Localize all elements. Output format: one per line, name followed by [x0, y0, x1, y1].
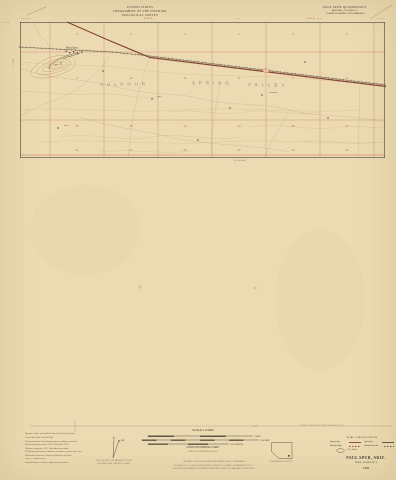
section-number: 15 [130, 126, 133, 129]
section-number: 17 [346, 126, 349, 129]
magnetic-north-label: MN [121, 440, 125, 442]
section-number: 24 [238, 150, 241, 153]
credit-line: 10,000-foot grid based on Arizona coordi… [25, 451, 111, 454]
true-north-star: ★ [113, 436, 116, 440]
road-sample-light [382, 442, 394, 443]
trail-lines [20, 23, 385, 158]
map-neatline [20, 22, 384, 157]
scale-label: SCALE 1:24000 [192, 429, 214, 432]
quad-state: ARIZONA—COCHISE CO. [332, 10, 358, 12]
credit-line: Topography from aerial photographs by mu… [25, 441, 111, 444]
section-number: 7 [292, 78, 293, 81]
section-number: 6 [292, 34, 293, 37]
section-number: 2 [184, 34, 185, 37]
quad-series: 7.5 MINUTE SERIES (TOPOGRAPHIC) [326, 13, 365, 15]
credit-line: 1000-metre Universal Transverse Mercator… [25, 455, 111, 458]
sale-line: FOR SALE BY U. S. GEOLOGICAL SURVEY, DEN… [174, 465, 255, 467]
quarry-mark [60, 62, 61, 63]
section-number: 12 [238, 78, 241, 81]
valley-word-valley: VALLEY [248, 82, 288, 88]
us-route-oval [336, 448, 345, 453]
paper-stain [275, 230, 365, 370]
us-route-label: U. S. Route [347, 449, 357, 451]
scale-bar-mile-label: 1 MILE [254, 436, 261, 438]
sheet-title: PAUL SPUR, ARIZ. [346, 456, 385, 460]
corner-coordinate-top-left: 109°37'30" [21, 18, 31, 20]
section-number: 5 [346, 34, 347, 37]
map-linework: 80 Paul Spur Well Windmill Well SULPHUR … [20, 22, 385, 158]
section-number: 11 [184, 78, 187, 81]
well-label: Well [64, 125, 69, 127]
grid-tick-label: 32'30" [317, 18, 323, 20]
contour-line [40, 141, 385, 143]
credit-line: Aerial photographs taken 1955. Field che… [25, 444, 111, 447]
grid-tick-label: 572 [236, 18, 239, 20]
road-sample-unimproved [384, 446, 394, 447]
section-number: 14 [184, 126, 187, 129]
section-number: 8 [346, 78, 347, 81]
road-class-medium-label: Medium-duty [330, 445, 342, 447]
declination-caption-1: UTM GRID AND 1958 MAGNETIC NORTH [96, 460, 132, 462]
road-class-light-label: Light-duty [364, 441, 373, 443]
route-shield: 80 [263, 68, 269, 72]
corner-pen-mark [27, 7, 46, 15]
datum-line: DATUM IS MEAN SEA LEVEL [188, 451, 218, 453]
corner-coordinate-top-right: 109°30' [377, 18, 384, 20]
settlement-label: Paul Spur [66, 46, 78, 50]
section-number: 4 [76, 34, 77, 37]
valley-word-spring: SPRING [192, 81, 233, 86]
quad-location-dot [288, 455, 290, 457]
grid-tick-label: 571 [62, 18, 65, 20]
bleed-smudge [254, 287, 257, 290]
wash-lines [20, 92, 385, 153]
section-number: 20 [346, 150, 349, 153]
grid-tick-label: 35' [151, 18, 154, 20]
valley-label: SULPHUR SPRING VALLEY [100, 81, 288, 88]
well-label: Well [157, 96, 162, 98]
scale-bar-km-label: 1 KILOMETER [230, 444, 244, 446]
bleed-smudge [138, 285, 142, 289]
topo-map-sheet: UNITED STATES DEPARTMENT OF THE INTERIOR… [0, 0, 396, 480]
paper-stain [30, 185, 140, 275]
road-classification-heading: ROAD CLASSIFICATION [347, 437, 377, 439]
credit-line: Control by USGS and USC&GS [25, 437, 111, 440]
section-number: 19 [292, 150, 295, 153]
section-number: 13 [238, 126, 241, 129]
section-number: 3 [130, 34, 131, 37]
township-label-t23s: T. 23 S. [13, 58, 15, 65]
section-number: 18 [292, 126, 295, 129]
highway-line [67, 22, 386, 87]
quad-title: PAUL SPUR QUADRANGLE [323, 6, 366, 9]
township-label-r27e: R. 27 E. [307, 18, 315, 20]
corner-coordinate-left: 31°22'30" [2, 22, 11, 24]
contour-line [20, 109, 360, 111]
contour-interval-line: CONTOUR INTERVAL 5 FEET [187, 447, 220, 450]
credit-line: Mapped, edited, and published by the Geo… [25, 433, 111, 436]
accuracy-line-1: THIS MAP COMPLIES WITH NATIONAL MAP ACCU… [183, 461, 245, 463]
windmill-label: Windmill [269, 92, 278, 94]
sheet-coordinates: N3115—W10937.5/7.5 [355, 462, 377, 464]
road-sample-medium [349, 446, 361, 447]
section-number: 22 [130, 150, 133, 153]
declination-caption-2: DECLINATION AT CENTER OF SHEET [97, 463, 131, 465]
section-number: 1 [238, 34, 239, 37]
adjoining-quad-label: (DOUGLAS) [234, 160, 246, 162]
valley-word-sulphur: SULPHUR [100, 81, 149, 87]
section-number: 23 [184, 150, 187, 153]
sheet-year: 1958 [363, 467, 369, 470]
interior-credit: INTERIOR—GEOLOGICAL SURVEY, WASHINGTON, … [299, 426, 344, 428]
road-class-unimproved-label: Unimproved dirt [364, 445, 378, 447]
section-number: 21 [76, 150, 79, 153]
road-class-heavy-label: Heavy-duty [330, 441, 340, 443]
state-outline-arizona [269, 441, 295, 461]
section-number: 10 [130, 78, 133, 81]
hill-contours [30, 55, 75, 78]
quarry-mark [55, 64, 56, 65]
road-sample-heavy [349, 442, 361, 443]
credit-line: Polyconic projection. 1927 North America… [25, 448, 111, 451]
quadrangle-location-caption: QUADRANGLE LOCATION [269, 461, 292, 463]
declination-diagram: ★ MN [100, 436, 130, 460]
section-number: 16 [76, 126, 79, 129]
folder-line: A FOLDER DESCRIBING TOPOGRAPHIC MAPS AND… [173, 468, 255, 470]
section-number: 9 [76, 78, 77, 81]
